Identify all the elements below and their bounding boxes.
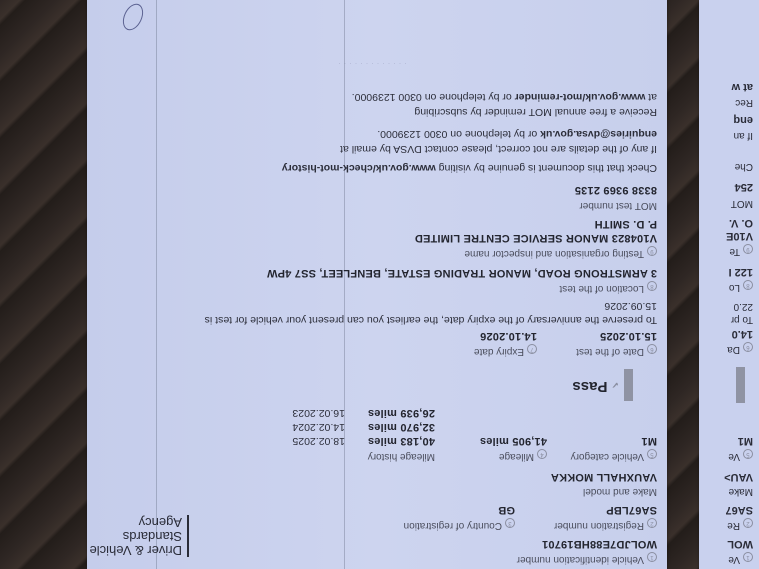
reminder-contact: at www.gov.uk/mot-reminder or by telepho…	[352, 91, 657, 103]
incorrect-details-text: If any of the details are not correct, p…	[340, 143, 657, 155]
stub-vin-value: WOL	[727, 538, 753, 550]
mileage-history-date-3: 16.02.2023	[292, 407, 345, 419]
stub-location-label: 8Lo	[729, 280, 753, 293]
stub-enquiries-text: enq	[733, 114, 753, 126]
country-value: GB	[498, 504, 515, 516]
stub-category-value: M1	[738, 435, 753, 447]
fold-line	[156, 0, 157, 569]
make-model-value: VAUXHALL MOKKA	[551, 471, 657, 483]
location-value: 3 ARMSTRONG ROAD, MANOR TRADING ESTATE, …	[267, 267, 657, 279]
vin-label: 1Vehicle identification number	[517, 552, 657, 565]
registration-label: 2Registration number	[554, 518, 657, 531]
stub-date-value: 14.0	[732, 328, 753, 340]
test-result: ✔Pass	[572, 377, 619, 395]
dvsa-agency-name: Driver & Vehicle Standards Agency	[90, 515, 189, 557]
testing-org-value: V104823 MANOR SERVICE CENTRE LIMITED	[415, 232, 657, 244]
mot-test-number-label: MOT test number	[579, 200, 657, 211]
stub-preserve-text: To pr	[731, 314, 753, 325]
mileage-history-miles-3: 26,939 miles	[368, 407, 435, 419]
test-date-value: 15.10.2025	[600, 330, 657, 342]
make-model-label: Make and model	[583, 486, 657, 497]
check-icon: ✔	[611, 380, 619, 390]
stub-location-value: 122 I	[729, 266, 753, 278]
stub-reminder-text: Rec	[735, 97, 753, 108]
photographed-documents: 1Ve WOL 2Re SA67 Make VAU> 5Ve M1 6Da 14…	[0, 0, 759, 569]
stub-vin-label: 1Ve	[728, 552, 753, 565]
agency-line-1: Driver & Vehicle	[90, 543, 182, 557]
enquiries-email-link[interactable]: enquiries@dvsa.gov.uk	[540, 128, 657, 140]
agency-line-3: Agency	[90, 515, 182, 529]
vehicle-category-value: M1	[641, 435, 657, 447]
stub-incorrect-text: If an	[734, 130, 753, 141]
mot-test-number-value: 8338 9369 2135	[575, 184, 657, 196]
stub-earliest-date: 22.0	[734, 301, 753, 312]
info-icon: 9	[647, 246, 657, 256]
registration-value: SA67LBP	[606, 504, 657, 516]
incorrect-details-contact: enquiries@dvsa.gov.uk or by telephone on…	[377, 128, 657, 140]
mileage-history-date-2: 14.02.2024	[292, 421, 345, 433]
inspector-name: P. D. SMITH	[594, 218, 657, 230]
info-icon: 4	[537, 449, 547, 459]
info-icon: 7	[527, 344, 537, 354]
stub-mot-value: 254	[735, 181, 753, 193]
result-bar	[624, 369, 633, 401]
vehicle-category-label: 5Vehicle category	[571, 449, 657, 462]
reminder-text: Receive a free annual MOT reminder by su…	[414, 106, 657, 118]
stub-reminder-link: at w	[732, 81, 753, 93]
expiry-date-value: 14.10.2026	[480, 330, 537, 342]
location-label: 8Location of the test	[559, 281, 657, 294]
check-mot-history-link[interactable]: www.gov.uk/check-mot-history	[282, 162, 436, 174]
pen-mark	[119, 1, 147, 34]
stub-inspector-value: O. V.	[729, 217, 753, 229]
stub-make-value: VAU>	[724, 471, 753, 483]
test-date-label: 6Date of the test	[576, 344, 657, 357]
stub-testing-value: V10E	[726, 230, 753, 242]
mileage-history-miles-1: 40,183 miles	[368, 435, 435, 447]
fold-line	[344, 0, 345, 569]
mileage-history-date-1: 18.02.2025	[292, 435, 345, 447]
stub-make-label: Make	[729, 486, 753, 497]
stub-mot-label: MOT	[731, 198, 753, 209]
expiry-date-label: 7Expiry date	[474, 344, 537, 357]
back-certificate-sheet: 1Ve WOL 2Re SA67 Make VAU> 5Ve M1 6Da 14…	[699, 0, 759, 569]
stub-check-text: Che	[735, 161, 753, 172]
mileage-history-miles-2: 32,970 miles	[368, 421, 435, 433]
info-icon: 8	[647, 281, 657, 291]
mot-reminder-link[interactable]: www.gov.uk/mot-reminder	[515, 91, 646, 103]
show-through-text: · · · · · · · · · · · · ·	[338, 59, 407, 69]
stub-reg-value: SA67	[725, 504, 753, 516]
anniversary-note: To preserve the anniversary of the expir…	[205, 314, 657, 326]
stub-reg-label: 2Re	[727, 518, 753, 531]
stub-date-label: 6Da	[727, 342, 753, 355]
info-icon: 1	[647, 552, 657, 562]
earliest-test-date: 15.09.2026	[604, 300, 657, 312]
genuine-check-text: Check that this document is genuine by v…	[282, 162, 657, 174]
testing-org-label: 9Testing organisation and inspector name	[464, 246, 657, 259]
mileage-label: 4Mileage	[499, 449, 547, 462]
vin-value: WOLJD7E88HB19701	[542, 538, 657, 550]
stub-testing-label: 9Te	[729, 244, 753, 257]
country-label: 3Country of registration	[404, 518, 515, 531]
info-icon: 5	[647, 449, 657, 459]
info-icon: 6	[647, 344, 657, 354]
mileage-value: 41,905 miles	[480, 435, 547, 447]
info-icon: 3	[505, 518, 515, 528]
stub-pass-bar	[736, 367, 745, 403]
mileage-history-label: Mileage history	[368, 451, 435, 462]
mot-certificate-sheet: 1Vehicle identification number WOLJD7E88…	[87, 0, 667, 569]
agency-line-2: Standards	[90, 529, 182, 543]
info-icon: 2	[647, 518, 657, 528]
stub-category-label: 5Ve	[728, 449, 753, 462]
